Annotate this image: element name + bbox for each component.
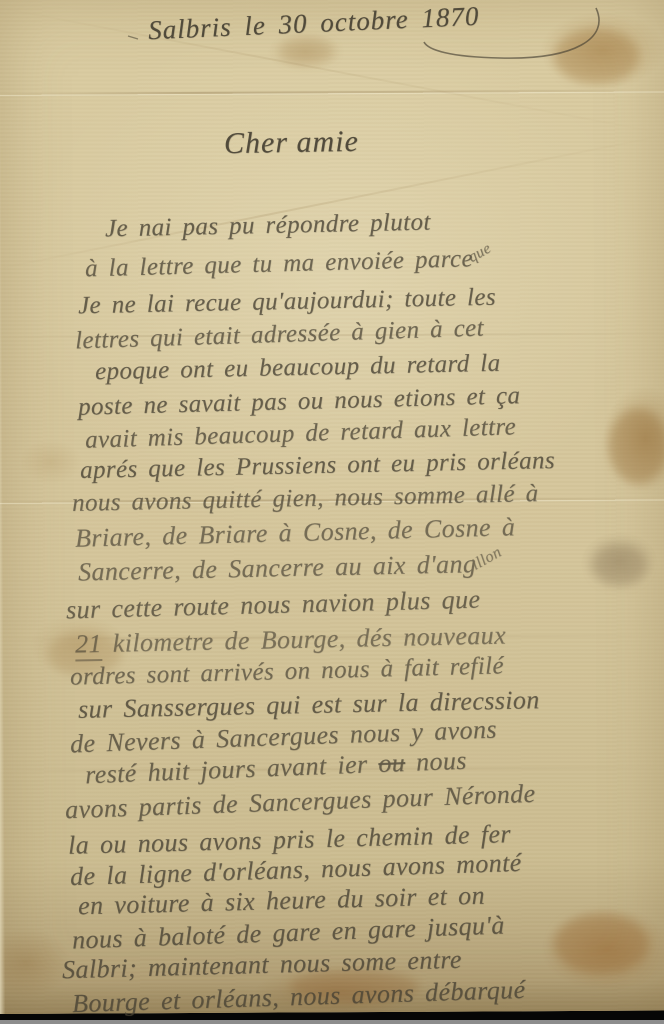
stain	[279, 38, 334, 64]
scanner-edge	[0, 1020, 664, 1024]
stain	[608, 408, 664, 483]
line-text: nous	[405, 746, 468, 777]
stain	[554, 29, 639, 84]
salutation: Cher amie	[224, 125, 359, 161]
paper-torn-edge	[0, 0, 5, 1014]
scan-background: { "letter": { "dateline": "Salbris le 30…	[0, 0, 664, 1024]
stain	[592, 544, 647, 586]
struck-word: ou	[378, 748, 406, 778]
fold-crease	[0, 89, 664, 95]
stain	[554, 914, 649, 974]
underlined-number: 21	[75, 629, 102, 662]
